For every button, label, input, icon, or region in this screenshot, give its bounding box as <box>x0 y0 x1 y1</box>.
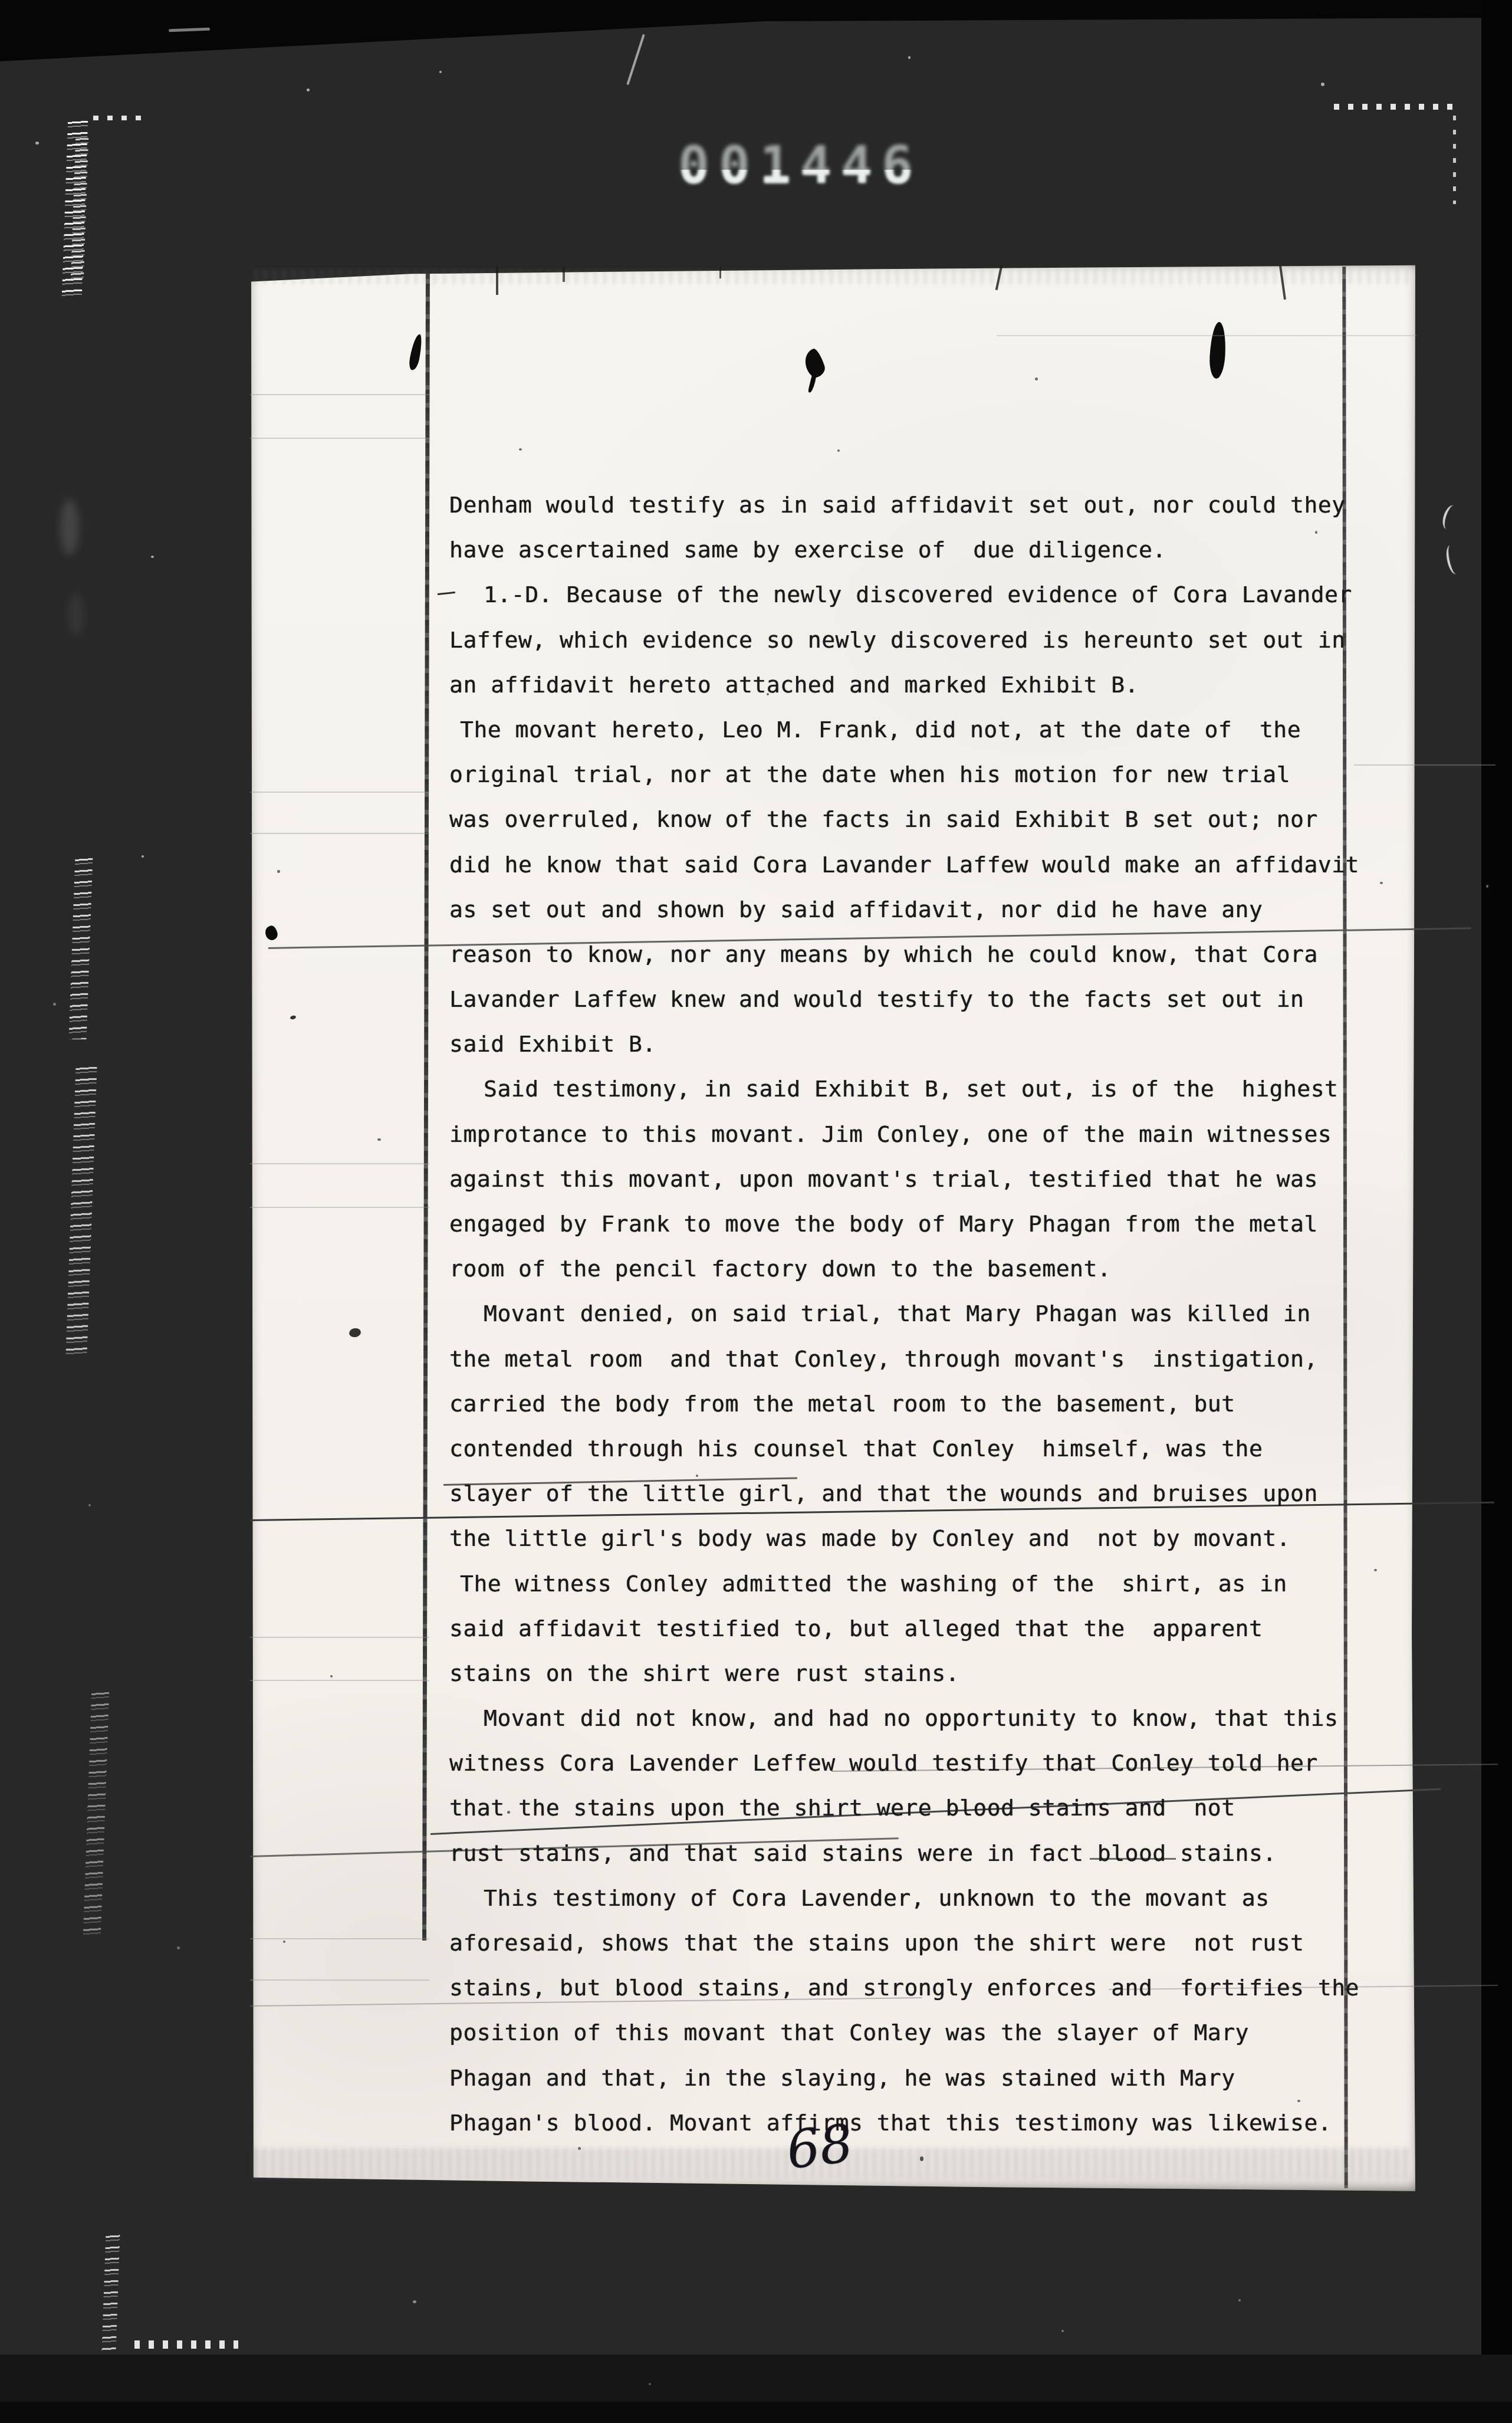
film-speck <box>177 1946 180 1949</box>
film-speck <box>1486 885 1488 888</box>
ledger-line <box>250 1637 429 1638</box>
document-line: Laffew, which evidence so newly discover… <box>449 618 1384 662</box>
film-edge-scratch-mark <box>65 1065 97 1355</box>
document-text: Denham would testify as in said affidavi… <box>449 482 1384 2145</box>
ledger-line <box>250 394 429 395</box>
document-line: 1.-D. Because of the newly discovered ev… <box>449 572 1384 617</box>
film-edge-scratch-mark <box>83 1690 110 1938</box>
film-speck <box>35 142 39 145</box>
ledger-line <box>250 1680 429 1681</box>
document-line: Said testimony, in said Exhibit B, set o… <box>449 1066 1384 1111</box>
ledger-line <box>250 438 429 439</box>
film-speck <box>53 1003 56 1006</box>
document-line: slayer of the little girl, and that the … <box>449 1471 1384 1516</box>
film-dash-marks <box>93 116 147 120</box>
ledger-line <box>250 1163 429 1164</box>
film-scratch-curve <box>1440 504 1460 531</box>
film-speck <box>626 34 645 86</box>
film-speck <box>142 855 144 858</box>
film-blemish <box>60 499 79 556</box>
film-speck <box>151 556 154 558</box>
document-line: stains on the shirt were rust stains. <box>449 1651 1384 1696</box>
ledger-line <box>250 1938 429 1939</box>
document-line: said Exhibit B. <box>449 1022 1384 1066</box>
film-speck <box>1238 2299 1241 2301</box>
ledger-line <box>250 792 429 793</box>
document-line: was overruled, know of the facts in said… <box>449 797 1384 842</box>
document-line: aforesaid, shows that the stains upon th… <box>449 1920 1384 1965</box>
document-line: reason to know, nor any means by which h… <box>449 932 1384 977</box>
paper-speck <box>519 448 522 451</box>
ledger-line <box>250 1979 429 1981</box>
film-top-band <box>0 0 1512 65</box>
document-line: engaged by Frank to move the body of Mar… <box>449 1201 1384 1246</box>
document-line: Phagan and that, in the slaying, he was … <box>449 2056 1384 2100</box>
paper-speck <box>330 1675 333 1677</box>
document-line: Movant denied, on said trial, that Mary … <box>449 1291 1384 1336</box>
document-line: position of this movant that Conley was … <box>449 2010 1384 2055</box>
paper-edge-tick <box>496 267 498 295</box>
film-dot-column <box>1453 116 1456 204</box>
page-number: 68 <box>783 2113 856 2181</box>
document-line: an affidavit hereto attached and marked … <box>449 662 1384 707</box>
paper-edge-tick <box>719 267 721 278</box>
document-line: against this movant, upon movant's trial… <box>449 1157 1384 1201</box>
ledger-line <box>250 1207 429 1208</box>
paper-speck <box>277 870 280 873</box>
document-line: the little girl's body was made by Conle… <box>449 1516 1384 1561</box>
paper-speck <box>837 449 840 452</box>
film-speck <box>1061 2330 1064 2332</box>
document-line: Lavander Laffew knew and would testify t… <box>449 977 1384 1022</box>
film-edge-scratch-mark <box>102 2233 120 2351</box>
microfilm-scan: 001446 001446 <box>0 0 1512 2423</box>
film-speck <box>1321 83 1324 86</box>
document-line: carried the body from the metal room to … <box>449 1381 1384 1426</box>
document-line: witness Cora Lavender Leffew would testi… <box>449 1741 1384 1785</box>
document-line: as set out and shown by said affidavit, … <box>449 887 1384 932</box>
document-line: room of the pencil factory down to the b… <box>449 1246 1384 1291</box>
document-line: The movant hereto, Leo M. Frank, did not… <box>449 707 1384 752</box>
film-bottom-edge <box>0 2402 1512 2423</box>
paper-speck <box>283 1941 285 1943</box>
frame-number-stamp: 001446 001446 <box>678 134 922 195</box>
film-scratch-curve <box>1444 544 1462 575</box>
paper-speck <box>377 1138 381 1141</box>
paper-speck <box>1035 377 1038 380</box>
document-line: contended through his counsel that Conle… <box>449 1426 1384 1471</box>
document-line: did he know that said Cora Lavander Laff… <box>449 842 1384 887</box>
document-line: rust stains, and that said stains were i… <box>449 1831 1384 1876</box>
film-speck <box>307 88 310 91</box>
document-line: Movant did not know, and had no opportun… <box>449 1696 1384 1741</box>
document-line: This testimony of Cora Lavender, unknown… <box>449 1876 1384 1920</box>
document-line: original trial, nor at the date when his… <box>449 752 1384 797</box>
document-line: The witness Conley admitted the washing … <box>449 1561 1384 1606</box>
film-speck <box>649 2383 651 2385</box>
film-right-band <box>1481 0 1512 2423</box>
film-speck <box>908 56 911 59</box>
document-line: the metal room and that Conley, through … <box>449 1337 1384 1381</box>
document-line: improtance to this movant. Jim Conley, o… <box>449 1112 1384 1157</box>
ledger-line <box>997 335 1416 336</box>
paper-edge-smudge <box>254 269 1409 284</box>
film-dash-marks <box>1334 104 1457 110</box>
document-line: Denham would testify as in said affidavi… <box>449 482 1384 527</box>
ledger-line <box>250 833 429 834</box>
document-line: Phagan's blood. Movant affirms that this… <box>449 2100 1384 2145</box>
film-dash-marks <box>134 2340 238 2349</box>
film-speck <box>413 2300 416 2303</box>
film-blemish <box>68 593 84 636</box>
document-line: have ascertained same by exercise of due… <box>449 527 1384 572</box>
document-line: stains, but blood stains, and strongly e… <box>449 1965 1384 2010</box>
paper-edge-tick <box>563 267 565 282</box>
document-line: that the stains upon the shirt were bloo… <box>449 1785 1384 1830</box>
film-edge-scratch-mark <box>69 856 93 1039</box>
film-speck <box>439 71 442 73</box>
document-line: said affidavit testified to, but alleged… <box>449 1606 1384 1651</box>
film-speck <box>88 1504 91 1506</box>
